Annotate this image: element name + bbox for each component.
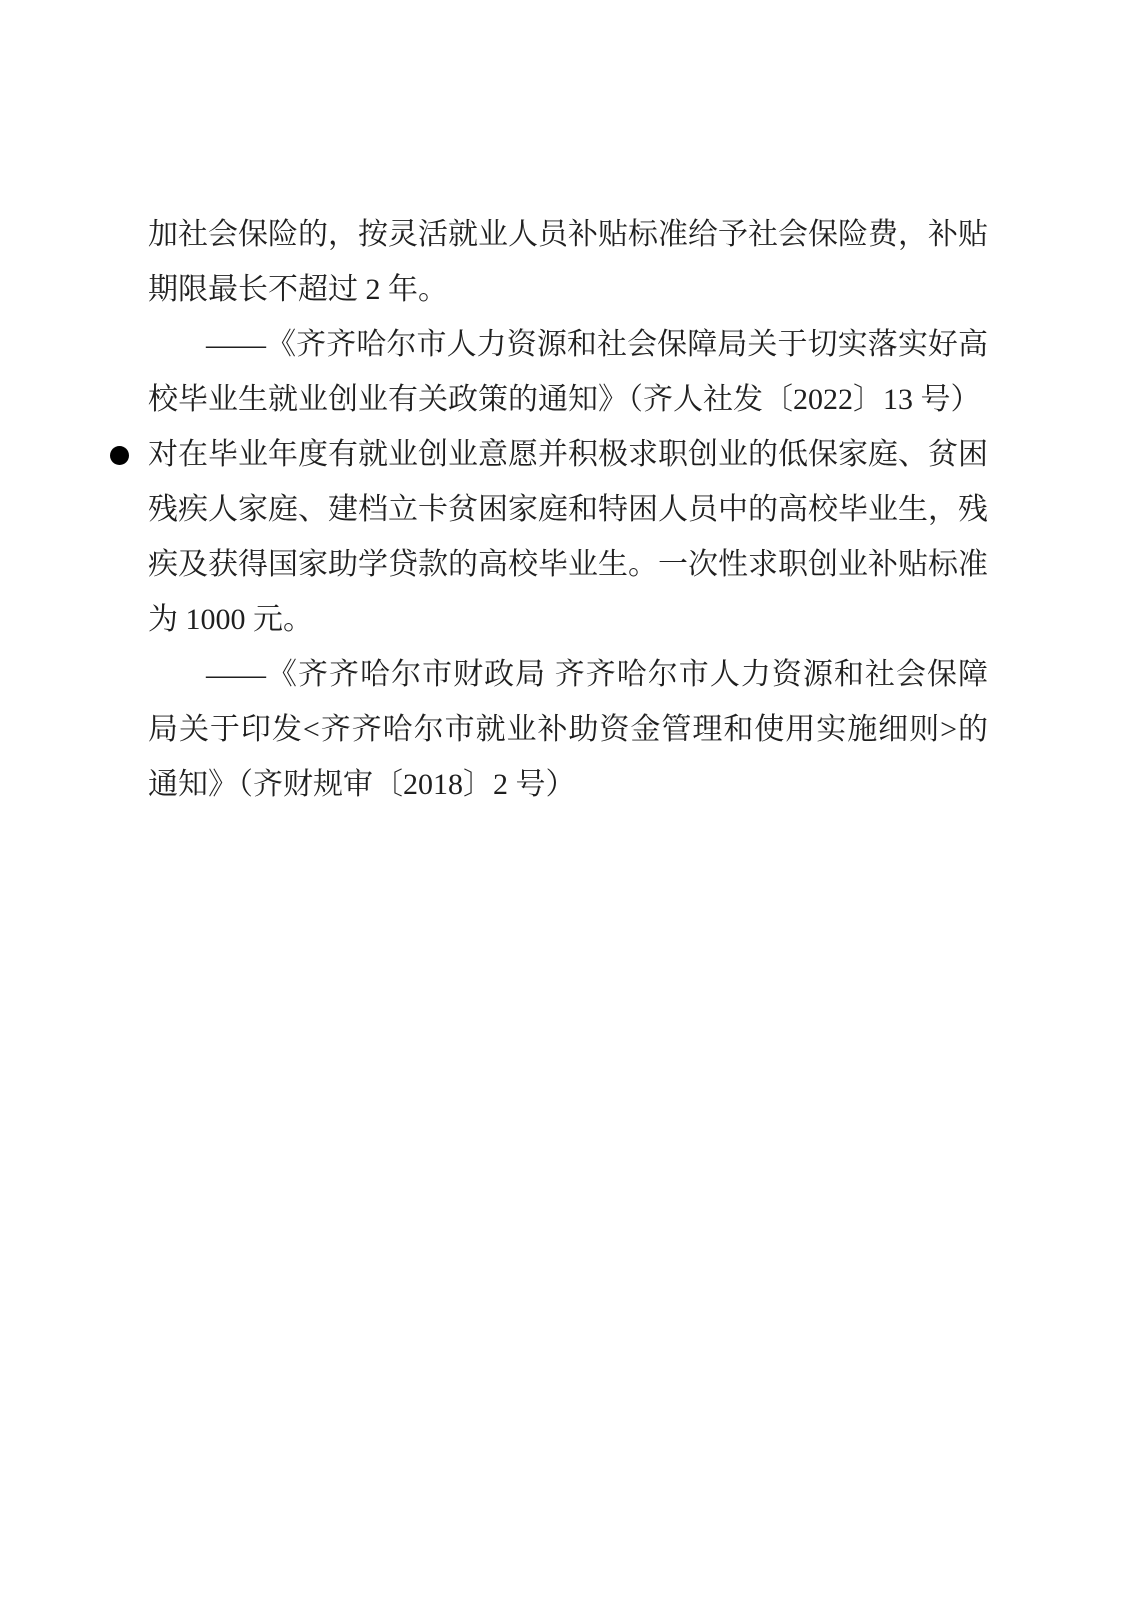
text-line: 通知》（齐财规审〔2018〕2 号）: [148, 757, 988, 812]
citation-paragraph: ——《齐齐哈尔市财政局 齐齐哈尔市人力资源和社会保障局关于印发<齐齐哈尔市就业补…: [148, 647, 988, 812]
text-line: 对在毕业年度有就业创业意愿并积极求职创业的低保家庭、贫困: [148, 427, 988, 482]
document-page: { "page": { "width": 1131, "height": 160…: [0, 0, 1131, 1600]
bullet-paragraph: 对在毕业年度有就业创业意愿并积极求职创业的低保家庭、贫困残疾人家庭、建档立卡贫困…: [148, 427, 988, 647]
document-text-block: 加社会保险的，按灵活就业人员补贴标准给予社会保险费，补贴期限最长不超过 2 年。…: [148, 207, 988, 812]
text-line: 疾及获得国家助学贷款的高校毕业生。一次性求职创业补贴标准: [148, 537, 988, 592]
text-line: ——《齐齐哈尔市人力资源和社会保障局关于切实落实好高: [148, 317, 988, 372]
citation-paragraph: ——《齐齐哈尔市人力资源和社会保障局关于切实落实好高校毕业生就业创业有关政策的通…: [148, 317, 988, 427]
text-line: 残疾人家庭、建档立卡贫困家庭和特困人员中的高校毕业生，残: [148, 482, 988, 537]
body-paragraph: 加社会保险的，按灵活就业人员补贴标准给予社会保险费，补贴期限最长不超过 2 年。: [148, 207, 988, 317]
text-line: 期限最长不超过 2 年。: [148, 262, 988, 317]
text-line: 为 1000 元。: [148, 592, 988, 647]
text-line: 局关于印发<齐齐哈尔市就业补助资金管理和使用实施细则>的: [148, 702, 988, 757]
text-line: 校毕业生就业创业有关政策的通知》（齐人社发〔2022〕13 号）: [148, 372, 988, 427]
bullet-icon: [110, 446, 129, 465]
page-background: 加社会保险的，按灵活就业人员补贴标准给予社会保险费，补贴期限最长不超过 2 年。…: [0, 0, 1131, 1600]
text-line: ——《齐齐哈尔市财政局 齐齐哈尔市人力资源和社会保障: [148, 647, 988, 702]
text-line: 加社会保险的，按灵活就业人员补贴标准给予社会保险费，补贴: [148, 207, 988, 262]
